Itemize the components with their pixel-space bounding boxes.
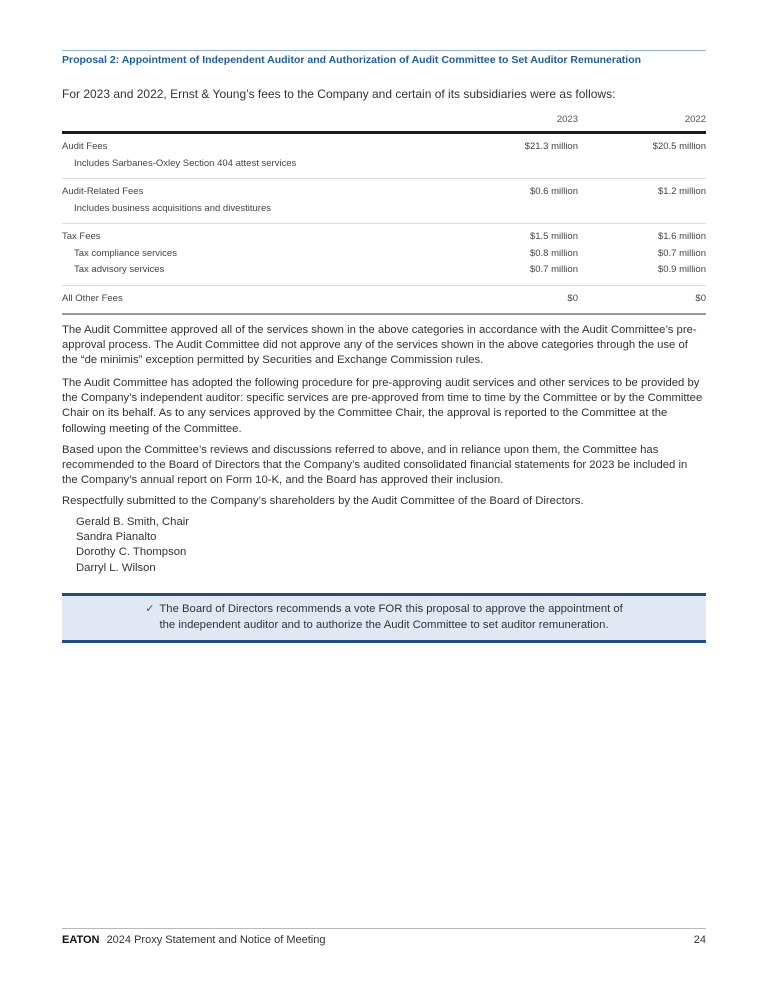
fee-value-2023: $0.6 million [530,184,578,201]
top-divider [62,50,706,51]
signer-name: Darryl L. Wilson [76,561,189,576]
fee-value-2023: $0.8 million [530,246,578,263]
fee-value-2023: $0 [567,291,578,308]
fee-value-2023: $21.3 million [525,139,578,156]
fee-category-label: Audit-Related Fees [62,184,143,201]
fee-group: Tax Fees$1.5 million$1.6 millionTax comp… [62,224,706,286]
brand-logo: EATON [62,934,100,946]
board-recommendation-box: ✓The Board of Directors recommends a vot… [62,593,706,643]
fee-category-label: All Other Fees [62,291,123,308]
fee-category-label: Tax Fees [62,229,101,246]
page-footer: EATON 2024 Proxy Statement and Notice of… [62,934,706,946]
fee-value-2022: $1.6 million [658,229,706,246]
fee-value-2023: $0.7 million [530,262,578,279]
committee-signers: Gerald B. Smith, Chair Sandra Pianalto D… [76,515,189,576]
fee-group: Audit Fees$21.3 million$20.5 millionIncl… [62,134,706,179]
table-row: Audit Fees$21.3 million$20.5 million [62,139,706,156]
table-row: Audit-Related Fees$0.6 million$1.2 milli… [62,184,706,201]
fee-value-2022: $0.9 million [658,262,706,279]
page-number: 24 [694,934,706,946]
signer-name: Dorothy C. Thompson [76,545,189,560]
column-header-2023: 2023 [557,114,578,125]
table-row: Tax advisory services$0.7 million$0.9 mi… [62,262,706,279]
section-title: Proposal 2: Appointment of Independent A… [62,54,641,66]
paragraph-submitted: Respectfully submitted to the Company’s … [62,494,706,509]
paragraph-preapproval: The Audit Committee approved all of the … [62,323,706,369]
fee-table-header: 2023 2022 [62,110,706,131]
table-row: Tax Fees$1.5 million$1.6 million [62,229,706,246]
fee-value-2022: $1.2 million [658,184,706,201]
fee-sub-label: Includes Sarbanes-Oxley Section 404 atte… [74,156,296,173]
table-row: Includes Sarbanes-Oxley Section 404 atte… [62,156,706,173]
recommendation-line-2: the independent auditor and to authorize… [62,618,706,634]
fee-value-2023: $1.5 million [530,229,578,246]
fee-group: Audit-Related Fees$0.6 million$1.2 milli… [62,179,706,224]
fee-table: 2023 2022 Audit Fees$21.3 million$20.5 m… [62,110,706,315]
footer-divider [62,928,706,929]
signer-name: Sandra Pianalto [76,530,189,545]
fee-value-2022: $0.7 million [658,246,706,263]
fee-table-body: Audit Fees$21.3 million$20.5 millionIncl… [62,134,706,315]
table-row: Includes business acquisitions and dives… [62,201,706,218]
column-header-2022: 2022 [685,114,706,125]
fee-sub-label: Includes business acquisitions and dives… [74,201,271,218]
fee-sub-label: Tax compliance services [74,246,177,263]
table-row: Tax compliance services$0.8 million$0.7 … [62,246,706,263]
fee-value-2022: $0 [695,291,706,308]
paragraph-procedure: The Audit Committee has adopted the foll… [62,376,706,437]
table-row: All Other Fees$0$0 [62,291,706,308]
fee-group: All Other Fees$0$0 [62,286,706,316]
signer-name: Gerald B. Smith, Chair [76,515,189,530]
checkmark-icon: ✓ [145,603,154,615]
paragraph-recommendation: Based upon the Committee’s reviews and d… [62,443,706,489]
fee-sub-label: Tax advisory services [74,262,164,279]
intro-text: For 2023 and 2022, Ernst & Young’s fees … [62,87,615,101]
document-title: 2024 Proxy Statement and Notice of Meeti… [107,934,326,946]
fee-value-2022: $20.5 million [653,139,706,156]
recommendation-line-1: The Board of Directors recommends a vote… [159,603,622,615]
recommendation-text: ✓The Board of Directors recommends a vot… [62,602,706,633]
fee-category-label: Audit Fees [62,139,107,156]
